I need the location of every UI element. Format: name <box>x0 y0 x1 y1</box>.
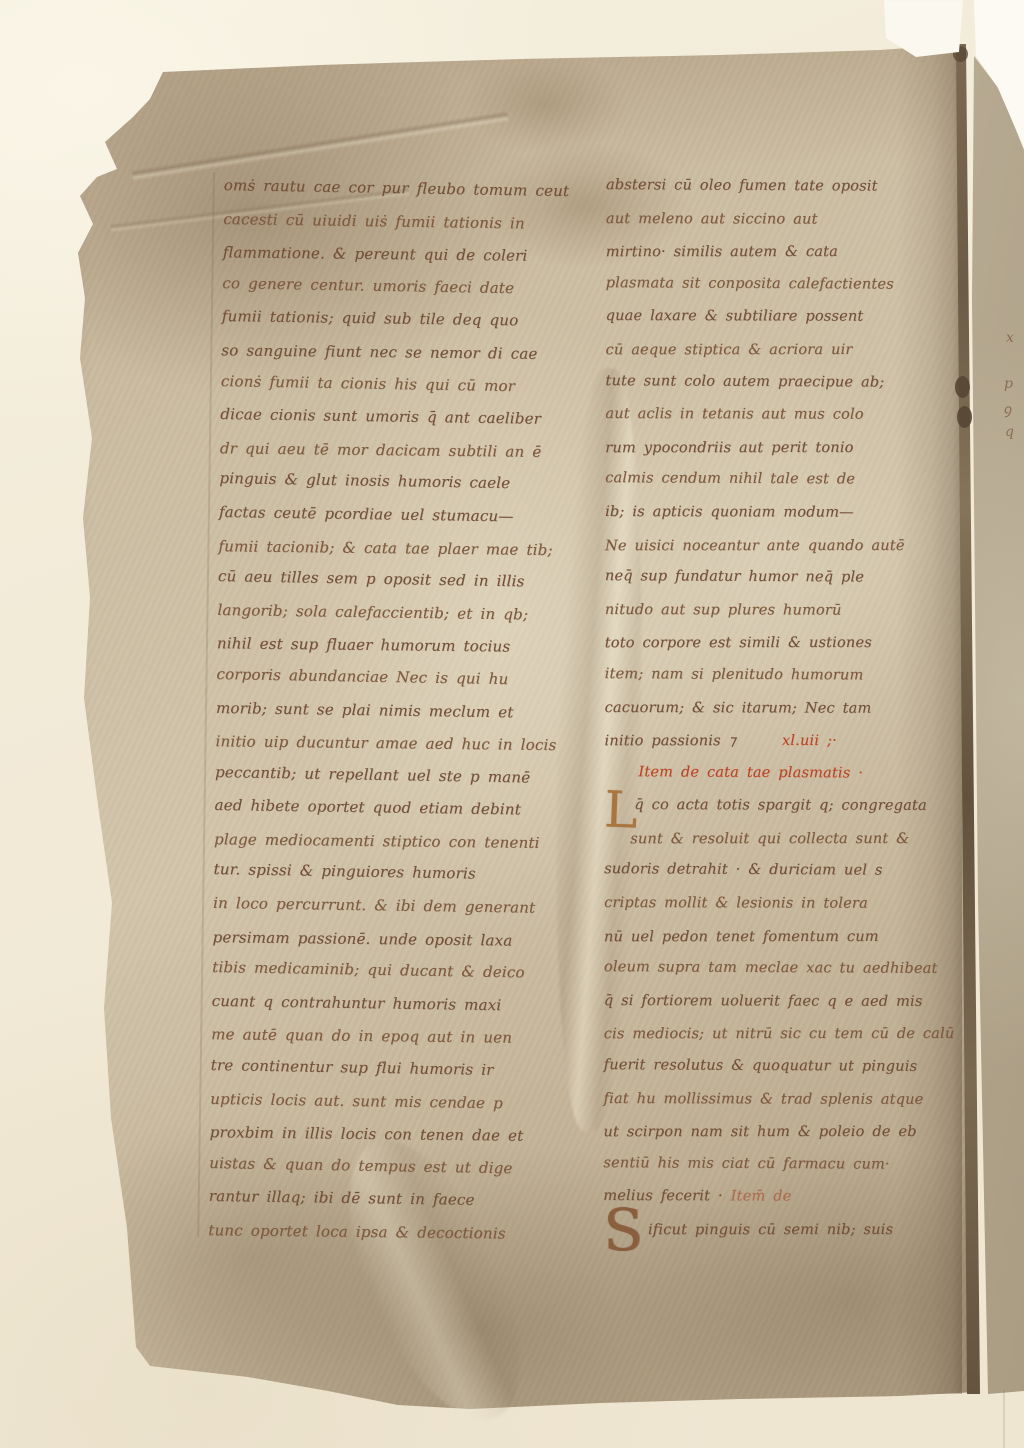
body-text: plage mediocamenti stiptico con tenenti <box>214 830 540 852</box>
rubric-text: Item̄ de <box>723 1189 792 1205</box>
body-text: nū uel pedon tenet fomentum cum <box>604 929 879 945</box>
text-column-right: abstersi cū oleo fumen tate opositaut me… <box>603 170 958 1247</box>
manuscript-text-line: cū aeque stiptica & acriora uir <box>606 334 958 367</box>
body-text: initio uip ducuntur amae aed huc in loci… <box>215 732 556 754</box>
body-text: aed hibete oportet quod etiam debint <box>214 796 521 819</box>
manuscript-text-line: ut scirpon nam sit hum & poleio de eb <box>603 1116 955 1149</box>
body-text: uistas & quan do tempus est ut dige <box>209 1154 513 1177</box>
body-text: tunc oportet loca ipsa & decoctionis <box>208 1221 506 1242</box>
manuscript-text-line: sudoris detrahit · & duriciam uel s <box>604 854 956 888</box>
manuscript-text-line: rantur illaq; ibi dē sunt in faece <box>209 1180 601 1218</box>
body-text: morib; sunt se plai nimis meclum et <box>216 698 514 720</box>
body-text: toto corpore est simili & ustiones <box>605 635 872 651</box>
manuscript-text-line: cis mediocis; ut nitrū sic cu tem cū de … <box>604 1018 956 1051</box>
body-text: calmis cendum nihil tale est de <box>605 470 855 487</box>
manuscript-text-line: toto corpore est simili & ustiones <box>605 627 957 660</box>
manuscript-text-line: oleum supra tam meclae xac tu aedhibeat <box>604 951 956 985</box>
body-text: initio passionis ⁊ <box>604 733 735 749</box>
manuscript-text-line: fumii tationis; quid sub tile deq quo <box>222 300 614 338</box>
body-text: aut aclis in tetanis aut mus colo <box>605 406 863 423</box>
decorated-initial: L <box>603 785 638 836</box>
text-column-left: omṡ rautu cae cor pur fleubo tomum ceutc… <box>208 170 616 1251</box>
manuscript-text-line: morib; sunt se plai nimis meclum et <box>216 691 608 729</box>
body-text: rantur illaq; ibi dē sunt in faece <box>209 1187 475 1209</box>
body-text: cū aeu tilles sem p oposit sed in illis <box>218 567 525 590</box>
manuscript-text-line: upticis locis aut. sunt mis cendae p <box>210 1083 602 1121</box>
manuscript-text-line: tunc oportet loca ipsa & decoctionis <box>208 1214 600 1251</box>
manuscript-text-line: aed hibete oportet quod etiam debint <box>214 789 606 827</box>
body-text: abstersi cū oleo fumen tate oposit <box>606 177 878 194</box>
manuscript-text-line: plasmata sit conposita calefactientes <box>606 267 958 301</box>
rubric-text: xl.uii ;· <box>782 733 837 749</box>
body-text: q̄ si fortiorem uoluerit faec q e aed mi… <box>604 993 923 1010</box>
manuscript-text-line: quae laxare & subtiliare possent <box>606 300 958 334</box>
body-text: neq̄ sup fundatur humor neq̄ ple <box>605 568 864 585</box>
facing-folio-letter: p <box>1004 376 1013 392</box>
body-text: corporis abundanciae Nec is qui hu <box>216 665 508 688</box>
body-text: flammatione. & pereunt qui de coleri <box>223 243 528 264</box>
body-text: ut scirpon nam sit hum & poleio de eb <box>603 1124 916 1140</box>
body-text: nihil est sup fluaer humorum tocius <box>217 635 511 656</box>
manuscript-text-line: rum ypocondriis aut perit tonio <box>605 432 957 465</box>
body-text: aut meleno aut siccino aut <box>606 211 818 228</box>
body-text: langorib; sola calefaccientib; et in qb; <box>217 601 528 624</box>
manuscript-text-line: q̄ si fortiorem uoluerit faec q e aed mi… <box>604 985 956 1019</box>
manuscript-text-line: langorib; sola calefaccientib; et in qb; <box>217 594 609 632</box>
body-text: factas ceutē pcordiae uel stumacu— <box>219 503 514 525</box>
manuscript-text-line: cacesti cū uiuidi uiṡ fumii tationis in <box>223 203 615 241</box>
body-text: cacesti cū uiuidi uiṡ fumii tationis in <box>223 210 525 232</box>
body-text: item; nam si plenitudo humorum <box>605 666 864 683</box>
manuscript-text-line: Ne uisici noceantur ante quando autē <box>605 529 957 562</box>
body-text: Ne uisici noceantur ante quando autē <box>605 537 905 553</box>
body-text: dr qui aeu tē mor dacicam subtili an ē <box>220 439 542 461</box>
manuscript-text-line: sunt & resoluit qui collecta sunt & <box>630 823 956 856</box>
manuscript-text-line: nū uel pedon tenet fomentum cum <box>604 921 956 954</box>
body-text: cū aeque stiptica & acriora uir <box>606 342 853 358</box>
rubric-text: Item de cata tae plasmatis · <box>638 764 863 781</box>
manuscript-text-line: dicae cionis sunt umoris q̄ ant caeliber <box>220 398 612 436</box>
manuscript-text-line: aut meleno aut siccino aut <box>606 203 958 237</box>
body-text: me autē quan do in epoq aut in uen <box>211 1026 512 1047</box>
backdrop-crease-line <box>1003 1390 1005 1448</box>
body-text: ib; is apticis quoniam modum— <box>605 504 854 521</box>
manuscript-photo: omṡ rautu cae cor pur fleubo tomum ceutc… <box>0 0 1024 1448</box>
body-text: pinguis & glut inosis humoris caele <box>219 469 510 492</box>
manuscript-text-line: item; nam si plenitudo humorum <box>605 658 957 692</box>
body-text: tibis medicaminib; qui ducant & deico <box>212 958 525 981</box>
body-text: peccantib; ut repellant uel ste p manē <box>215 763 531 786</box>
facing-folio-letter: x <box>1006 330 1014 346</box>
manuscript-text-line: in loco percurrunt. & ibi dem generant <box>213 887 605 925</box>
manuscript-text-line: melius fecerit · Item̄ de <box>603 1180 955 1214</box>
body-text: sudoris detrahit · & duriciam uel s <box>604 862 882 879</box>
binding-knot <box>955 376 970 398</box>
manuscript-text-line: cacuorum; & sic itarum; Nec tam <box>605 691 957 725</box>
body-text: upticis locis aut. sunt mis cendae p <box>210 1090 503 1112</box>
body-text: fumii tationis; quid sub tile deq quo <box>222 307 519 329</box>
manuscript-text-line: nitudo aut sup plures humorū <box>605 594 957 628</box>
manuscript-text-line: Lq̄ co acta totis spargit q; congregata <box>634 789 956 822</box>
manuscript-text-line: sentiū his mis ciat cū farmacu cum· <box>603 1147 955 1181</box>
manuscript-text-line: factas ceutē pcordiae uel stumacu— <box>219 496 611 534</box>
manuscript-text-line: initio passionis ⁊xl.uii ;· <box>604 725 956 758</box>
body-text: tute sunt colo autem praecipue ab; <box>605 373 884 390</box>
manuscript-text-line: ib; is apticis quoniam modum— <box>605 496 957 530</box>
manuscript-text-line: fuerit resolutus & quoquatur ut pinguis <box>604 1049 956 1083</box>
body-text: ificut pinguis cū semi nib; suis <box>648 1222 893 1238</box>
body-text: fiat hu mollissimus & trad splenis atque <box>604 1091 924 1108</box>
body-text: persimam passionē. unde oposit laxa <box>213 928 513 949</box>
body-text: fumii tacionib; & cata tae plaer mae tib… <box>218 537 553 559</box>
manuscript-text-line: abstersi cū oleo fumen tate oposit <box>606 169 958 203</box>
manuscript-text-line: neq̄ sup fundatur humor neq̄ ple <box>605 560 957 594</box>
body-text: in loco percurrunt. & ibi dem generant <box>213 894 535 917</box>
body-text: so sanguine fiunt nec se nemor di cae <box>221 341 537 363</box>
body-text: fuerit resolutus & quoquatur ut pinguis <box>604 1057 918 1075</box>
body-text: q̄ co acta totis spargit q; congregata <box>634 797 927 814</box>
body-text: cionṡ fumii ta cionis his qui cū mor <box>221 372 516 395</box>
body-text: rum ypocondriis aut perit tonio <box>605 440 853 456</box>
facing-folio-letter: ꝯ <box>1003 400 1011 419</box>
body-text: cuant q contrahuntur humoris maxi <box>212 992 502 1014</box>
manuscript-text-line: criptas mollit & lesionis in tolera <box>604 887 956 921</box>
body-text: oleum supra tam meclae xac tu aedhibeat <box>604 959 938 977</box>
body-text: mirtino· similis autem & cata <box>606 244 838 260</box>
body-text: sentiū his mis ciat cū farmacu cum· <box>603 1155 889 1172</box>
manuscript-text-line: fiat hu mollissimus & trad splenis atque <box>604 1083 956 1117</box>
facing-folio-letter: q <box>1005 424 1014 440</box>
body-text: co genere centur. umoris faeci date <box>222 274 514 297</box>
binding-knot <box>957 406 972 428</box>
body-text: criptas mollit & lesionis in tolera <box>604 895 868 912</box>
manuscript-text-line: calmis cendum nihil tale est de <box>605 462 957 496</box>
body-text: dicae cionis sunt umoris q̄ ant caeliber <box>220 405 541 428</box>
body-text: omṡ rautu cae cor pur fleubo tomum ceut <box>224 176 570 200</box>
manuscript-text-line: mirtino· similis autem & cata <box>606 236 958 269</box>
manuscript-text-line: cuant q contrahuntur humoris maxi <box>211 985 603 1023</box>
body-text: plasmata sit conposita calefactientes <box>606 275 894 293</box>
body-text: cacuorum; & sic itarum; Nec tam <box>605 699 872 716</box>
body-text: nitudo aut sup plures humorū <box>605 602 842 619</box>
body-text: proxbim in illis locis con tenen dae et <box>210 1123 524 1145</box>
manuscript-text-line: Sificut pinguis cū semi nib; suis <box>603 1214 955 1247</box>
body-text: quae laxare & subtiliare possent <box>606 308 864 325</box>
manuscript-text-line: aut aclis in tetanis aut mus colo <box>605 398 957 432</box>
manuscript-text-line: tute sunt colo autem praecipue ab; <box>605 365 957 399</box>
decorated-initial: S <box>603 1215 643 1245</box>
body-text: tur. spissi & pinguiores humoris <box>213 860 476 883</box>
body-text: tre continentur sup flui humoris ir <box>211 1056 494 1079</box>
manuscript-text-line: Item de cata tae plasmatis · <box>638 756 956 790</box>
body-text: sunt & resoluit qui collecta sunt & <box>630 831 909 847</box>
body-text: cis mediocis; ut nitrū sic cu tem cū de … <box>604 1026 955 1042</box>
